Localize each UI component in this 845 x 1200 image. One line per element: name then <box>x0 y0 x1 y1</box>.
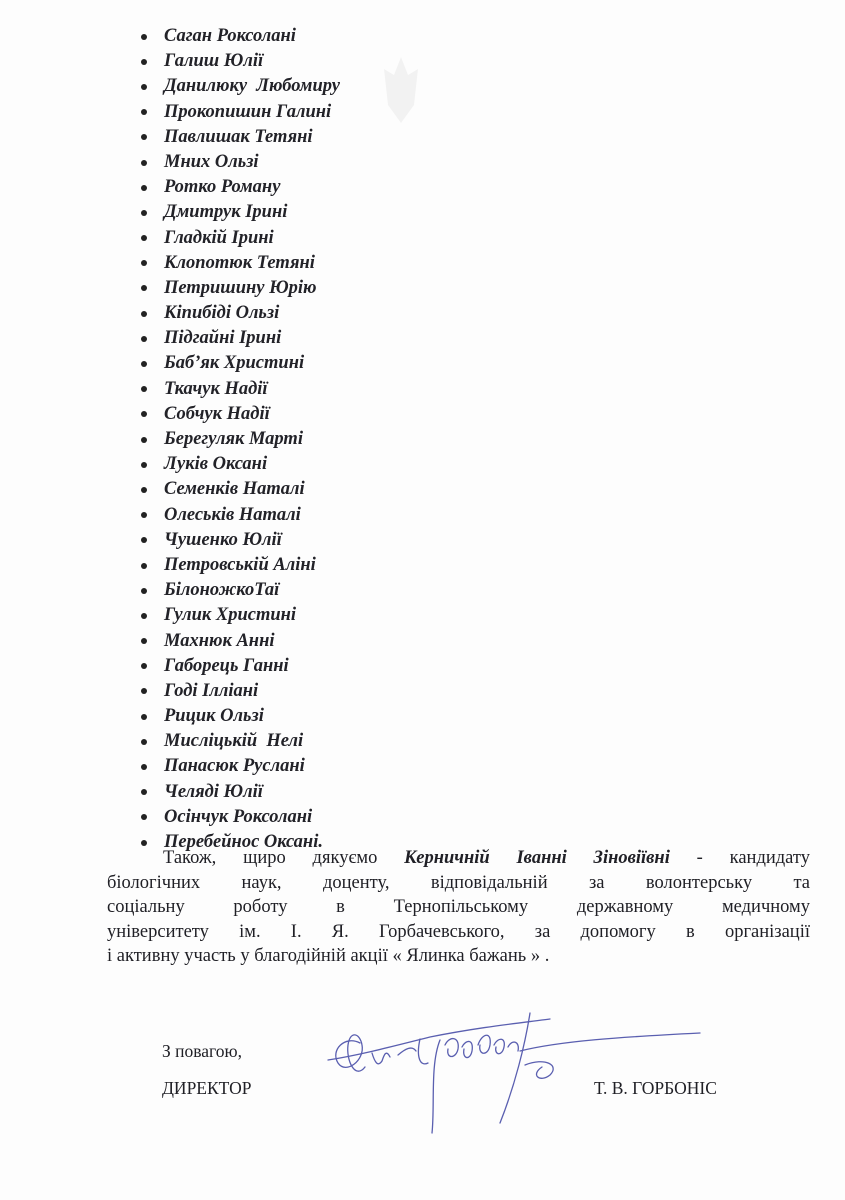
recipient-name: Мисліцькій Нелі <box>164 729 303 754</box>
bullet-icon <box>141 160 147 166</box>
bullet-icon <box>141 840 147 846</box>
recipient-name: Чушенко Юлії <box>164 528 282 553</box>
recipient-name: Олеськів Наталі <box>164 503 301 528</box>
recipient-item: Осінчук Роксолані <box>138 805 340 830</box>
paragraph-line: Також, щиро дякуємо Керничній Іванні Зін… <box>107 846 810 871</box>
bullet-icon <box>141 411 147 417</box>
bullet-icon <box>141 638 147 644</box>
recipient-name: Семенків Наталі <box>164 477 305 502</box>
recipient-name: Кіпибіді Ользі <box>164 301 279 326</box>
letter-page: Саган РоксоланіГалиш ЮліїДанилюку Любоми… <box>0 0 845 1200</box>
recipient-item: Рицик Ользі <box>138 704 340 729</box>
recipient-item: Кіпибіді Ользі <box>138 301 340 326</box>
bullet-icon <box>141 487 147 493</box>
recipient-item: Саган Роксолані <box>138 24 340 49</box>
bleed-through-emblem-icon <box>378 55 424 125</box>
bullet-icon <box>141 134 147 140</box>
recipient-item: Петровській Аліні <box>138 553 340 578</box>
recipient-item: Годі Ілліані <box>138 679 340 704</box>
paragraph-line: соціальну роботу в Тернопільському держа… <box>107 895 810 920</box>
bullet-icon <box>141 109 147 115</box>
recipient-item: Данилюку Любомиру <box>138 74 340 99</box>
recipient-name: Данилюку Любомиру <box>164 74 340 99</box>
recipient-name: Гулик Христині <box>164 603 296 628</box>
recipient-item: Клопотюк Тетяні <box>138 251 340 276</box>
recipient-item: Олеськів Наталі <box>138 503 340 528</box>
recipient-name: Павлишак Тетяні <box>164 125 313 150</box>
recipient-name: Челяді Юлії <box>164 780 263 805</box>
recipient-name: Дмитрук Ірині <box>164 200 287 225</box>
bullet-icon <box>141 563 147 569</box>
bullet-icon <box>141 663 147 669</box>
recipient-item: Габорець Ганні <box>138 654 340 679</box>
recipient-item: Берегуляк Марті <box>138 427 340 452</box>
bullet-icon <box>141 260 147 266</box>
bullet-icon <box>141 210 147 216</box>
recipient-name: Махнюк Анні <box>164 629 275 654</box>
recipient-name: Петровській Аліні <box>164 553 316 578</box>
recipient-name: Саган Роксолані <box>164 24 296 49</box>
recipient-item: Мисліцькій Нелі <box>138 729 340 754</box>
paragraph-line: університету ім. І. Я. Горбачевського, з… <box>107 920 810 945</box>
recipient-name: Петришину Юрію <box>164 276 317 301</box>
bullet-icon <box>141 437 147 443</box>
recipient-name: Габорець Ганні <box>164 654 289 679</box>
bullet-icon <box>141 59 147 65</box>
recipient-name: Рицик Ользі <box>164 704 264 729</box>
bullet-icon <box>141 739 147 745</box>
paragraph-line: і активну участь у благодійній акції « Я… <box>107 944 810 969</box>
recipient-name: БілоножкоТаї <box>164 578 279 603</box>
bullet-icon <box>141 789 147 795</box>
recipient-item: Ткачук Надії <box>138 377 340 402</box>
paragraph-line: біологічних наук, доценту, відповідальні… <box>107 871 810 896</box>
recipient-item: Собчук Надії <box>138 402 340 427</box>
bullet-icon <box>141 714 147 720</box>
recipient-item: БілоножкоТаї <box>138 578 340 603</box>
handwritten-signature-icon <box>320 1005 720 1145</box>
recipient-item: Семенків Наталі <box>138 477 340 502</box>
recipient-item: Челяді Юлії <box>138 780 340 805</box>
recipient-item: Баб’як Христині <box>138 351 340 376</box>
bullet-icon <box>141 588 147 594</box>
recipient-item: Махнюк Анні <box>138 629 340 654</box>
recipient-name: Баб’як Христині <box>164 351 304 376</box>
closing-salutation: З повагою, <box>162 1041 242 1062</box>
recipient-name: Прокопишин Галині <box>164 100 331 125</box>
recipient-name: Мних Ользі <box>164 150 259 175</box>
recipient-name: Луків Оксані <box>164 452 267 477</box>
recipient-name: Панасюк Руслані <box>164 754 305 779</box>
honoree-name: Керничній Іванні Зіновіївні <box>404 848 670 868</box>
bullet-icon <box>141 814 147 820</box>
recipient-name: Ткачук Надії <box>164 377 268 402</box>
recipient-item: Гулик Христині <box>138 603 340 628</box>
recipient-item: Чушенко Юлії <box>138 528 340 553</box>
bullet-icon <box>141 336 147 342</box>
recipient-item: Підгайні Ірині <box>138 326 340 351</box>
recipient-item: Галиш Юлії <box>138 49 340 74</box>
bullet-icon <box>141 235 147 241</box>
recipient-name: Берегуляк Марті <box>164 427 303 452</box>
bullet-icon <box>141 462 147 468</box>
bullet-icon <box>141 361 147 367</box>
bullet-icon <box>141 512 147 518</box>
recipient-item: Ротко Роману <box>138 175 340 200</box>
recipient-name: Гладкій Ірині <box>164 226 274 251</box>
thanks-paragraph: Також, щиро дякуємо Керничній Іванні Зін… <box>107 846 810 969</box>
bullet-icon <box>141 285 147 291</box>
recipient-name: Галиш Юлії <box>164 49 263 74</box>
bullet-icon <box>141 688 147 694</box>
bullet-icon <box>141 764 147 770</box>
recipient-item: Мних Ользі <box>138 150 340 175</box>
bullet-icon <box>141 311 147 317</box>
recipient-name: Собчук Надії <box>164 402 270 427</box>
recipient-item: Петришину Юрію <box>138 276 340 301</box>
recipient-name: Підгайні Ірині <box>164 326 281 351</box>
bullet-icon <box>141 34 147 40</box>
bullet-icon <box>141 613 147 619</box>
recipient-name: Годі Ілліані <box>164 679 258 704</box>
recipient-list: Саган РоксоланіГалиш ЮліїДанилюку Любоми… <box>138 24 340 855</box>
signer-position: ДИРЕКТОР <box>162 1078 252 1099</box>
recipient-item: Луків Оксані <box>138 452 340 477</box>
bullet-icon <box>141 185 147 191</box>
bullet-icon <box>141 537 147 543</box>
recipient-item: Дмитрук Ірині <box>138 200 340 225</box>
recipient-item: Павлишак Тетяні <box>138 125 340 150</box>
bullet-icon <box>141 84 147 90</box>
recipient-item: Панасюк Руслані <box>138 754 340 779</box>
recipient-item: Гладкій Ірині <box>138 226 340 251</box>
recipient-name: Клопотюк Тетяні <box>164 251 315 276</box>
recipient-name: Осінчук Роксолані <box>164 805 312 830</box>
bullet-icon <box>141 386 147 392</box>
recipient-item: Прокопишин Галині <box>138 100 340 125</box>
recipient-name: Ротко Роману <box>164 175 280 200</box>
